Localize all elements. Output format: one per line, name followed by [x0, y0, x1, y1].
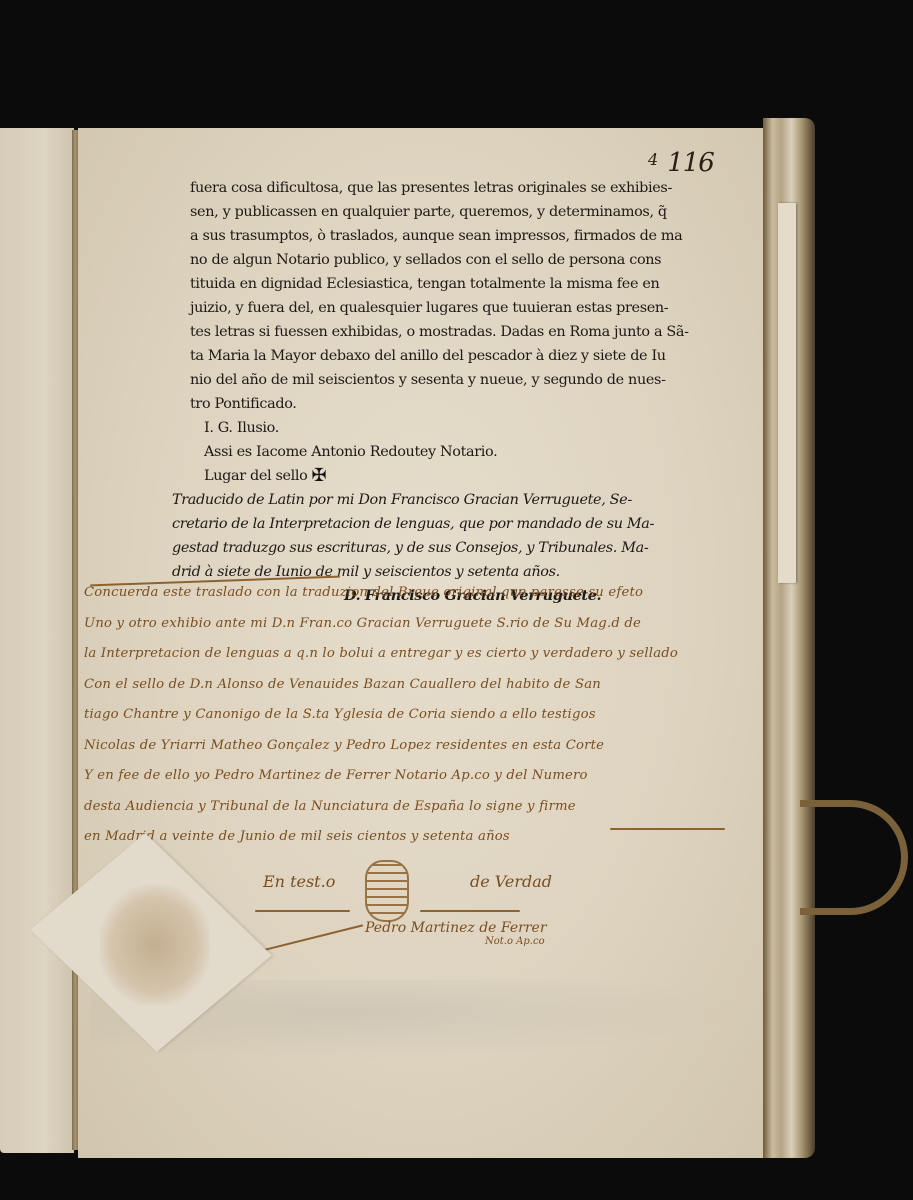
folio-number-text: 116	[667, 148, 714, 178]
manuscript-line: Uno y otro exhibio ante mi D.n Fran.co G…	[84, 609, 774, 640]
printed-line: fuera cosa dificultosa, que las presente…	[190, 176, 710, 200]
closing-flourish-rule	[610, 828, 725, 830]
manuscript-certification: Concuerda este traslado con la traduzion…	[84, 578, 774, 853]
printed-line: juizio, y fuera del, en qualesquier luga…	[190, 296, 710, 320]
notarial-sign-icon	[365, 860, 409, 922]
printed-line: nio del año de mil seiscientos y sesenta…	[190, 368, 710, 392]
manuscript-line: desta Audiencia y Tribunal de la Nunciat…	[84, 792, 774, 823]
translator-note-line: gestad traduzgo sus escrituras, y de sus…	[172, 536, 732, 560]
manuscript-line: la Interpretacion de lenguas a q.n lo bo…	[84, 639, 774, 670]
printed-line: sen, y publicassen en qualquier parte, q…	[190, 200, 710, 224]
manuscript-line: tiago Chantre y Canonigo de la S.ta Ygle…	[84, 700, 774, 731]
left-page	[0, 128, 74, 1153]
seal-place-line: Lugar del sello✠	[190, 464, 710, 488]
printed-line: a sus trasumptos, ò traslados, aunque se…	[190, 224, 710, 248]
signature-left-text: En test.o	[263, 872, 335, 891]
translator-note-line: cretario de la Interpretacion de lenguas…	[172, 512, 732, 536]
manuscript-line: en Madrid a veinte de Junio de mil seis …	[84, 822, 774, 853]
signature-underline-left	[255, 910, 350, 912]
printed-line: ta Maria la Mayor debaxo del anillo del …	[190, 344, 710, 368]
notary-title: Not.o Ap.co	[485, 936, 545, 947]
notary-name-signature: Pedro Martinez de Ferrer	[365, 920, 547, 936]
folio-number: 4116	[648, 148, 714, 178]
inserted-slip	[778, 203, 796, 583]
manuscript-line: Y en fee de ello yo Pedro Martinez de Fe…	[84, 761, 774, 792]
manuscript-line: Nicolas de Yriarri Matheo Gonçalez y Ped…	[84, 731, 774, 762]
binding-ribbon	[800, 800, 908, 915]
seal-stain	[100, 885, 210, 1005]
signature-right-text: de Verdad	[470, 872, 552, 891]
printed-line: tes letras si fuessen exhibidas, o mostr…	[190, 320, 710, 344]
printed-line: no de algun Notario publico, y sellados …	[190, 248, 710, 272]
translator-note-line: Traducido de Latin por mi Don Francisco …	[172, 488, 732, 512]
folio-mark: 4	[648, 150, 657, 169]
attestation-line: Assi es Iacome Antonio Redoutey Notario.	[190, 440, 710, 464]
manuscript-line: Con el sello de D.n Alonso de Venauides …	[84, 670, 774, 701]
notarial-signature-block: En test.o de Verdad Pedro Martinez de Fe…	[255, 860, 595, 970]
printed-line: tro Pontificado.	[190, 392, 710, 416]
printed-line: tituida en dignidad Eclesiastica, tengan…	[190, 272, 710, 296]
printed-text-block: fuera cosa dificultosa, que las presente…	[190, 176, 710, 608]
seal-place-label: Lugar del sello	[204, 468, 308, 484]
signature-underline-right	[420, 910, 520, 912]
cross-pattee-icon: ✠	[312, 464, 327, 488]
manuscript-line: Concuerda este traslado con la traduzion…	[84, 578, 774, 609]
attestation-line: I. G. Ilusio.	[190, 416, 710, 440]
